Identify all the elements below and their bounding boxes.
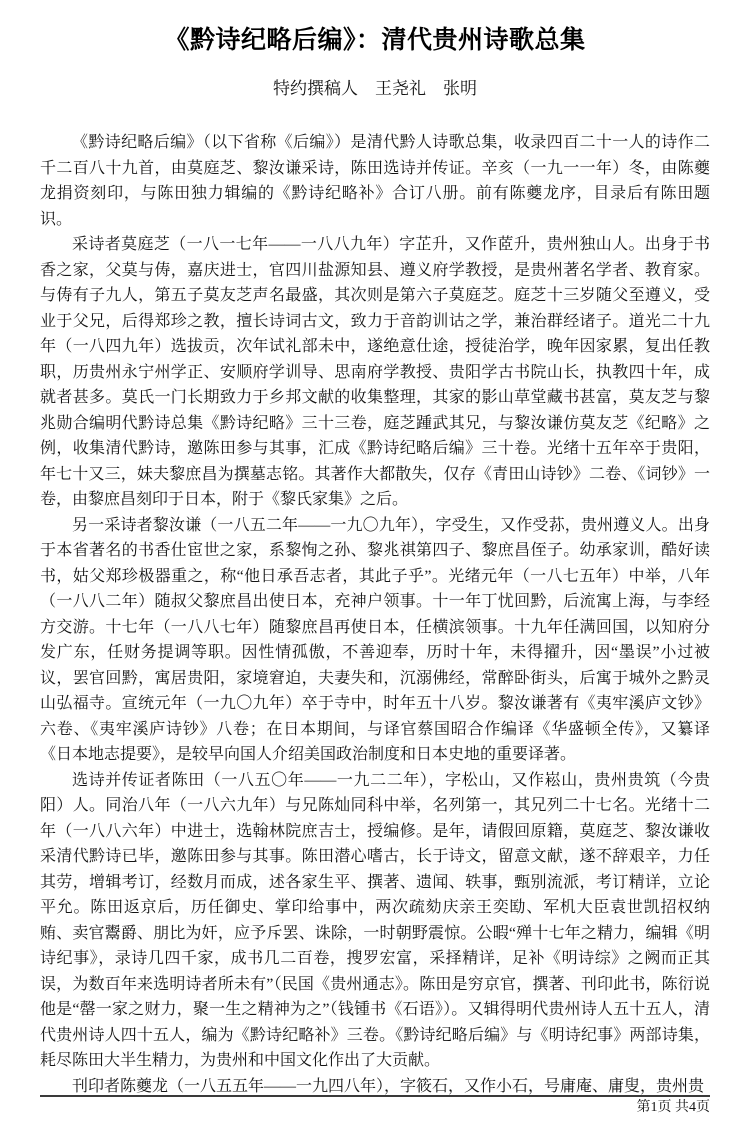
page-footer: 第1页 共4页 <box>40 1095 710 1117</box>
document-page: 《黔诗纪略后编》：清代贵州诗歌总集 特约撰稿人 王尧礼 张明 《黔诗纪略后编》（… <box>0 0 750 1121</box>
document-body: 《黔诗纪略后编》（以下省称《后编》）是清代黔人诗歌总集，收录四百二十一人的诗作二… <box>40 130 710 1099</box>
paragraph-mo-tingzhi: 采诗者莫庭芝（一八一七年——一八八九年）字芷升，又作茝升，贵州独山人。出身于书香… <box>40 232 710 513</box>
byline: 特约撰稿人 王尧礼 张明 <box>40 79 710 99</box>
page-title: 《黔诗纪略后编》：清代贵州诗歌总集 <box>40 0 710 55</box>
paragraph-chen-tian: 选诗并传证者陈田（一八五〇年——一九二二年），字松山，又作崧山，贵州贵筑（今贵阳… <box>40 768 710 1074</box>
paragraph-li-ruqian: 另一采诗者黎汝谦（一八五二年——一九〇九年），字受生，又作受荪，贵州遵义人。出身… <box>40 513 710 768</box>
page-indicator: 第1页 共4页 <box>40 1099 710 1117</box>
paragraph-intro: 《黔诗纪略后编》（以下省称《后编》）是清代黔人诗歌总集，收录四百二十一人的诗作二… <box>40 130 710 232</box>
footer-divider <box>40 1095 710 1097</box>
